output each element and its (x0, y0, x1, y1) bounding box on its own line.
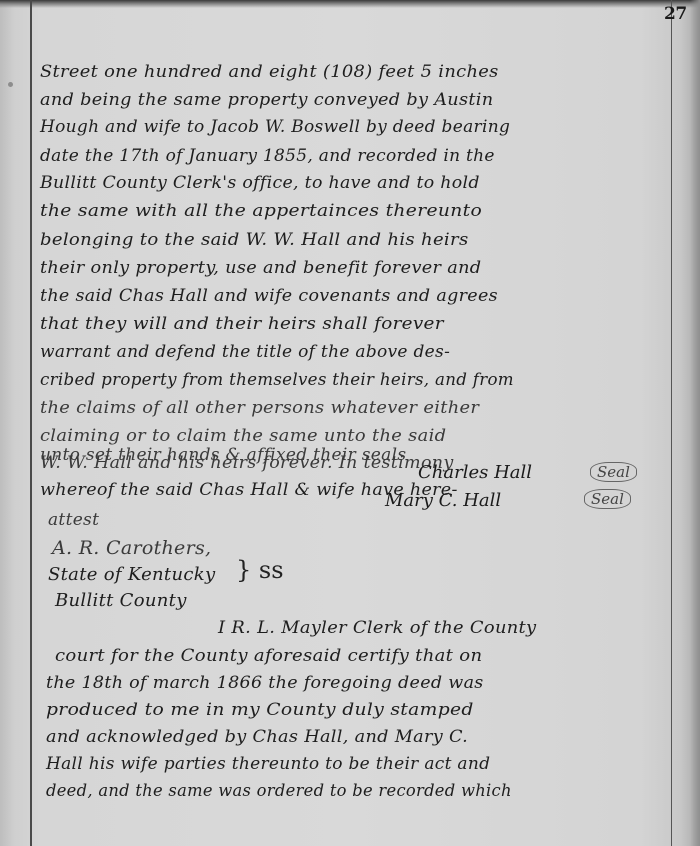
body-line: the said Chas Hall and wife covenants an… (40, 286, 498, 306)
body-line: Hough and wife to Jacob W. Boswell by de… (40, 117, 510, 137)
body-line: the claims of all other persons whatever… (40, 398, 479, 418)
paper-blemish (8, 82, 13, 87)
page-binding-edge (690, 0, 700, 846)
certificate-line: the 18th of march 1866 the foregoing dee… (46, 673, 484, 693)
body-line: their only property, use and benefit for… (40, 258, 481, 278)
body-line: the same with all the appertainces there… (40, 201, 482, 221)
venue-brace: } ss (236, 556, 284, 584)
body-line: that they will and their heirs shall for… (40, 314, 444, 334)
seal-mark: Seal (590, 462, 637, 482)
certificate-line: court for the County aforesaid certify t… (55, 646, 482, 666)
body-line-last: unto set their hands & affixed their sea… (40, 445, 406, 465)
body-line: and being the same property conveyed by … (40, 90, 493, 110)
body-line: date the 17th of January 1855, and recor… (40, 146, 495, 166)
venue-state: State of Kentucky (48, 564, 215, 585)
certificate-line: and acknowledged by Chas Hall, and Mary … (46, 727, 468, 747)
body-line: belonging to the said W. W. Hall and his… (40, 230, 469, 250)
seal-mark: Seal (584, 489, 631, 509)
body-line: Street one hundred and eight (108) feet … (40, 62, 499, 82)
body-line: cribed property from themselves their he… (40, 370, 514, 390)
certificate-line: deed, and the same was ordered to be rec… (46, 781, 512, 801)
body-line: Bullitt County Clerk's office, to have a… (40, 173, 480, 193)
page-top-shadow (0, 0, 700, 8)
body-line: warrant and defend the title of the abov… (40, 342, 450, 362)
certificate-line: I R. L. Mayler Clerk of the County (218, 618, 536, 638)
venue-county: Bullitt County (55, 590, 187, 611)
body-line: claiming or to claim the same unto the s… (40, 426, 446, 446)
signature-charles-hall: Charles Hall (418, 462, 532, 483)
attest-witness: A. R. Carothers, (52, 537, 211, 559)
page-number: 27 (664, 4, 687, 24)
attest-label: attest (48, 510, 99, 530)
deed-book-page: 27 Street one hundred and eight (108) fe… (0, 0, 700, 846)
certificate-line: Hall his wife parties thereunto to be th… (46, 754, 490, 774)
certificate-line: produced to me in my County duly stamped (46, 700, 474, 720)
left-margin-rule (30, 0, 32, 846)
signature-mary-c-hall: Mary C. Hall (385, 490, 501, 511)
right-margin-rule (671, 0, 672, 846)
